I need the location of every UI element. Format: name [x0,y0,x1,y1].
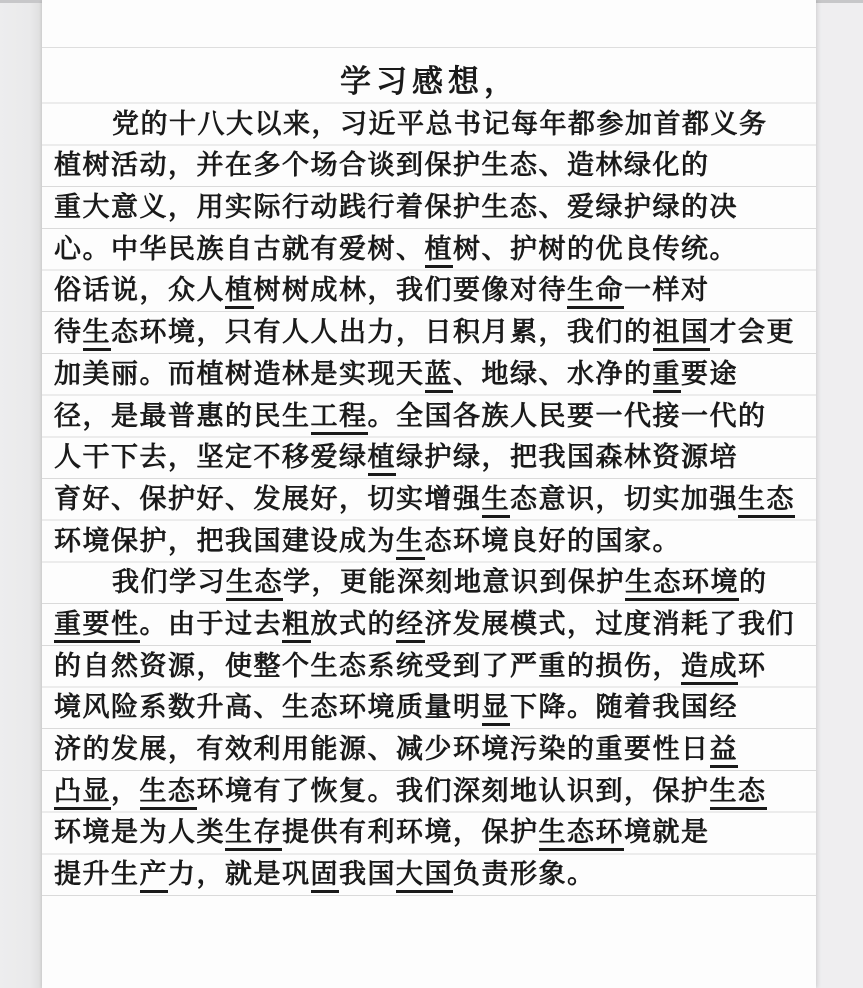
essay-line: 济的发展，有效利用能源、减少环境污染的重要性日益 [54,729,806,771]
scanned-page: 学习感想， 党的十八大以来，习近平总书记每年都参加首都义务 植树活动，并在多个场… [0,0,863,988]
underlined-text: 造成 [681,651,738,685]
essay-line: 环境保护，把我国建设成为生态环境良好的国家。 [54,521,806,563]
essay-line: 我们学习生态学，更能深刻地意识到保护生态环境的 [54,562,806,604]
underlined-text: 生态 [226,567,283,601]
underlined-text: 凸显 [54,776,111,810]
underlined-text: 生存 [225,817,282,851]
scan-margin-right [816,0,863,988]
essay-title: 学习感想， [54,62,806,104]
essay-line: 径，是最普惠的民生工程。全国各族人民要一代接一代的 [54,396,806,438]
underlined-text: 生命 [567,275,624,309]
underlined-text: 生态环境 [625,567,739,601]
essay-line: 重大意义，用实际行动践行着保护生态、爱绿护绿的决 [54,187,806,229]
essay-line: 心。中华民族自古就有爱树、植树、护树的优良传统。 [54,229,806,271]
essay-line: 环境是为人类生存提供有利环境，保护生态环境就是 [54,812,806,854]
essay-line: 植树活动，并在多个场合谈到保护生态、造林绿化的 [54,145,806,187]
underlined-text: 大国 [396,859,453,893]
underlined-text: 蓝 [425,359,454,393]
underlined-text: 生 [396,526,425,560]
essay-line: 境风险系数升高、生态环境质量明显下降。随着我国经 [54,687,806,729]
essay-line: 育好、保护好、发展好，切实增强生态意识，切实加强生态 [54,479,806,521]
underlined-text: 生 [83,317,112,351]
underlined-text: 植 [425,234,454,268]
underlined-text: 生态 [140,776,197,810]
underlined-text: 祖国 [653,317,710,351]
essay-line: 加美丽。而植树造林是实现天蓝、地绿、水净的重要途 [54,354,806,396]
essay-line: 的自然资源，使整个生态系统受到了严重的损伤，造成环 [54,646,806,688]
essay-line: 待生态环境，只有人人出力，日积月累，我们的祖国才会更 [54,312,806,354]
underlined-text: 生态 [738,484,795,518]
essay-line: 俗话说，众人植树树成林，我们要像对待生命一样对 [54,270,806,312]
ruled-line [42,47,816,48]
underlined-text: 益 [710,734,739,768]
essay-line: 提升生产力，就是巩固我国大国负责形象。 [54,854,806,896]
essay-line: 人干下去，坚定不移爱绿植绿护绿，把我国森林资源培 [54,437,806,479]
underlined-text: 重 [653,359,682,393]
underlined-text: 植 [225,275,254,309]
underlined-text: 生态 [710,776,767,810]
underlined-text: 粗 [282,609,311,643]
underlined-text: 显 [482,692,511,726]
underlined-text: 生 [482,484,511,518]
essay-line: 重要性。由于过去粗放式的经济发展模式，过度消耗了我们 [54,604,806,646]
essay-body: 学习感想， 党的十八大以来，习近平总书记每年都参加首都义务 植树活动，并在多个场… [54,62,806,896]
underlined-text: 重要性 [54,609,140,643]
underlined-text: 产 [140,859,169,893]
underlined-text: 经 [396,609,425,643]
underlined-text: 工程 [311,401,368,435]
essay-line: 凸显，生态环境有了恢复。我们深刻地认识到，保护生态 [54,771,806,813]
paper-sheet: 学习感想， 党的十八大以来，习近平总书记每年都参加首都义务 植树活动，并在多个场… [42,0,816,988]
essay-line: 党的十八大以来，习近平总书记每年都参加首都义务 [54,104,806,146]
scan-margin-left [0,0,42,988]
underlined-text: 生态环 [539,817,625,851]
underlined-text: 固 [311,859,340,893]
underlined-text: 植 [368,442,397,476]
